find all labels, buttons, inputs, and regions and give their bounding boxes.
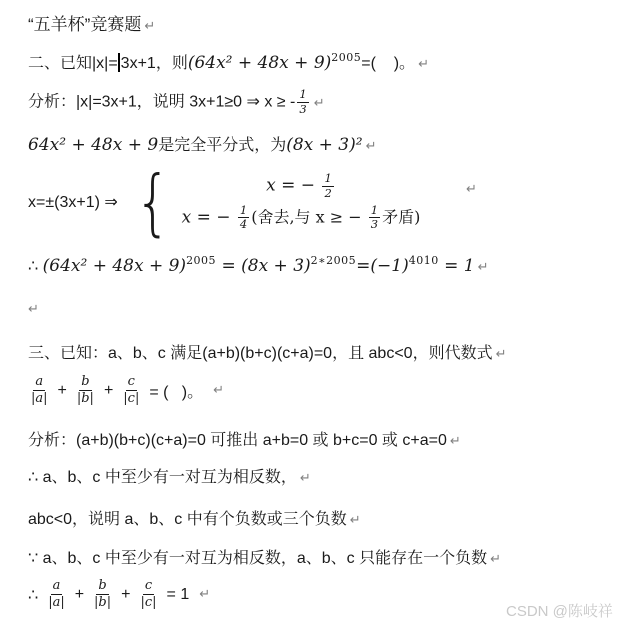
fraction-one-third: 13 — [297, 88, 308, 117]
fraction-numerator: c — [143, 578, 154, 595]
expr-part-2: = (8x + 3) — [216, 256, 311, 276]
fraction-sum-line: a|a|+b|b|+c|c|= ( )。↵ — [28, 374, 224, 408]
fraction-one-half: 12 — [322, 172, 333, 201]
csdn-watermark: CSDN @陈岐祥 — [506, 600, 613, 621]
fraction-denominator: |a| — [30, 391, 49, 407]
fraction-one-fourth: 14 — [238, 204, 249, 233]
fraction-denominator: |b| — [93, 595, 112, 611]
expression-quadratic: 64x² + 48x + 9 — [28, 135, 158, 155]
problem-2-blank: =( )。 — [361, 55, 415, 72]
fraction-numerator: b — [96, 578, 108, 595]
fraction-numerator: a — [51, 578, 63, 595]
case-1-expr: x = − — [266, 175, 320, 195]
case-2-reject-text: (舍去,与 x ≥ − — [251, 207, 367, 226]
paragraph-mark-icon: ↵ — [478, 260, 489, 275]
plus-sign: + — [104, 382, 113, 400]
fraction-denominator: |c| — [139, 595, 157, 611]
case-2-contradiction-text: 矛盾) — [382, 207, 420, 226]
deduction-3-line: ∵ a、b、c 中至少有一对互为相反数，a、b、c 只能存在一个负数↵ — [28, 545, 501, 568]
exponent: 2∗2005 — [311, 254, 356, 267]
cases-rows: x = − 12 x = − 14(舍去,与 x ≥ − 13矛盾) — [182, 172, 421, 232]
fraction-numerator: 1 — [369, 204, 380, 219]
fraction-a: a|a| — [30, 374, 49, 408]
fraction-denominator: |b| — [76, 391, 95, 407]
case-2-expr: x = − — [182, 207, 236, 227]
deduction-2-text: abc<0，说明 a、b、c 中有个负数或三个负数 — [28, 511, 347, 528]
doc-title: “五羊杯”竞赛题 — [28, 15, 141, 34]
analysis-2-text: 分析：(a+b)(b+c)(c+a)=0 可推出 a+b=0 或 b+c=0 或… — [28, 432, 447, 449]
cases-line: x=±(3x+1) ⇒ { x = − 12 x = − 14(舍去,与 x ≥… — [28, 166, 588, 238]
problem-3-line: 三、已知：a、b、c 满足(a+b)(b+c)(c+a)=0，且 abc<0，则… — [28, 340, 506, 363]
expr-part-3: =(−1) — [356, 256, 409, 276]
paragraph-mark-icon: ↵ — [213, 383, 224, 398]
case-row-1: x = − 12 — [182, 172, 421, 201]
document-page[interactable]: “五羊杯”竞赛题↵ 二、已知|x|=3x+1，则(64x² + 48x + 9)… — [0, 0, 629, 630]
final-answer-line: ∴ a|a|+b|b|+c|c|= 1↵ — [28, 578, 210, 612]
fraction-numerator: b — [79, 374, 91, 391]
paragraph-mark-icon: ↵ — [199, 587, 210, 602]
cases-lead: x=±(3x+1) ⇒ — [28, 192, 118, 212]
fraction-numerator: 1 — [322, 172, 333, 187]
fraction-b: b|b| — [93, 578, 112, 612]
deduction-2-line: abc<0，说明 a、b、c 中有个负数或三个负数↵ — [28, 506, 361, 529]
fraction-numerator: 1 — [297, 88, 308, 103]
problem-2-mid: 3x+1，则 — [121, 55, 188, 72]
paragraph-mark-icon: ↵ — [144, 19, 155, 34]
fraction-c: c|c| — [139, 578, 157, 612]
fraction-numerator: 1 — [238, 204, 249, 219]
therefore-symbol: ∴ — [28, 258, 43, 275]
expression-squared: (8x + 3)² — [286, 135, 362, 155]
cases-block: x=±(3x+1) ⇒ { x = − 12 x = − 14(舍去,与 x ≥… — [28, 166, 588, 238]
exponent: 2005 — [331, 51, 361, 64]
expr-result: = 1 — [439, 256, 475, 276]
paragraph-mark-icon: ↵ — [418, 57, 429, 72]
equals-result: = 1 — [167, 586, 190, 604]
paragraph-mark-icon: ↵ — [350, 513, 361, 528]
problem-2-line: 二、已知|x|=3x+1，则(64x² + 48x + 9)2005=( )。↵ — [28, 50, 429, 73]
fraction-denominator: 2 — [323, 187, 332, 201]
expression-base: (64x² + 48x + 9) — [188, 53, 331, 73]
plus-sign: + — [121, 586, 130, 604]
expr-part-1: (64x² + 48x + 9) — [43, 256, 186, 276]
deduction-1-line: ∴ a、b、c 中至少有一对互为相反数，↵ — [28, 464, 311, 487]
plus-sign: + — [58, 382, 67, 400]
exponent: 4010 — [409, 254, 439, 267]
exponent: 2005 — [186, 254, 216, 267]
plus-sign: + — [75, 586, 84, 604]
analysis-2-line: 分析：(a+b)(b+c)(c+a)=0 可推出 a+b=0 或 b+c=0 或… — [28, 427, 461, 450]
fraction-c: c|c| — [122, 374, 140, 408]
deduction-3-text: ∵ a、b、c 中至少有一对互为相反数，a、b、c 只能存在一个负数 — [28, 550, 487, 567]
problem-3-text: 三、已知：a、b、c 满足(a+b)(b+c)(c+a)=0，且 abc<0，则… — [28, 345, 493, 362]
fraction-denominator: 3 — [370, 218, 379, 232]
fraction-denominator: |c| — [122, 391, 140, 407]
conclusion-2-line: ∴ (64x² + 48x + 9)2005 = (8x + 3)2∗2005=… — [28, 256, 489, 276]
paragraph-mark-icon: ↵ — [490, 552, 501, 567]
therefore-symbol: ∴ — [28, 585, 38, 605]
paragraph-mark-icon: ↵ — [496, 347, 507, 362]
doc-title-line: “五羊杯”竞赛题↵ — [28, 10, 155, 35]
fraction-one-third: 13 — [369, 204, 380, 233]
empty-line: ↵ — [28, 300, 39, 318]
fraction-a: a|a| — [47, 578, 66, 612]
fraction-denominator: 3 — [298, 103, 307, 117]
deduction-1-text: ∴ a、b、c 中至少有一对互为相反数， — [28, 469, 297, 486]
paragraph-mark-icon: ↵ — [366, 139, 377, 154]
paragraph-mark-icon: ↵ — [466, 182, 477, 197]
paragraph-mark-icon: ↵ — [28, 302, 39, 317]
paragraph-mark-icon: ↵ — [300, 471, 311, 486]
text-cursor — [118, 53, 120, 72]
fraction-denominator: |a| — [47, 595, 66, 611]
fraction-numerator: a — [33, 374, 45, 391]
paragraph-mark-icon: ↵ — [314, 96, 325, 111]
perfect-square-line: 64x² + 48x + 9是完全平分式，为(8x + 3)²↵ — [28, 132, 376, 155]
analysis-1-line: 分析：|x|=3x+1，说明 3x+1≥0 ⇒ x ≥ -13↵ — [28, 88, 325, 117]
fraction-numerator: c — [126, 374, 137, 391]
fraction-b: b|b| — [76, 374, 95, 408]
problem-2-prefix: 二、已知|x|= — [28, 55, 118, 72]
equals-blank: = ( )。 — [149, 379, 203, 402]
case-row-2: x = − 14(舍去,与 x ≥ − 13矛盾) — [182, 204, 421, 233]
paragraph-mark-icon: ↵ — [450, 434, 461, 449]
analysis-1-text: 分析：|x|=3x+1，说明 3x+1≥0 ⇒ x ≥ - — [28, 94, 295, 111]
perfect-square-text: 是完全平分式，为 — [158, 137, 286, 154]
fraction-denominator: 4 — [239, 218, 248, 232]
left-brace: { — [134, 166, 171, 238]
